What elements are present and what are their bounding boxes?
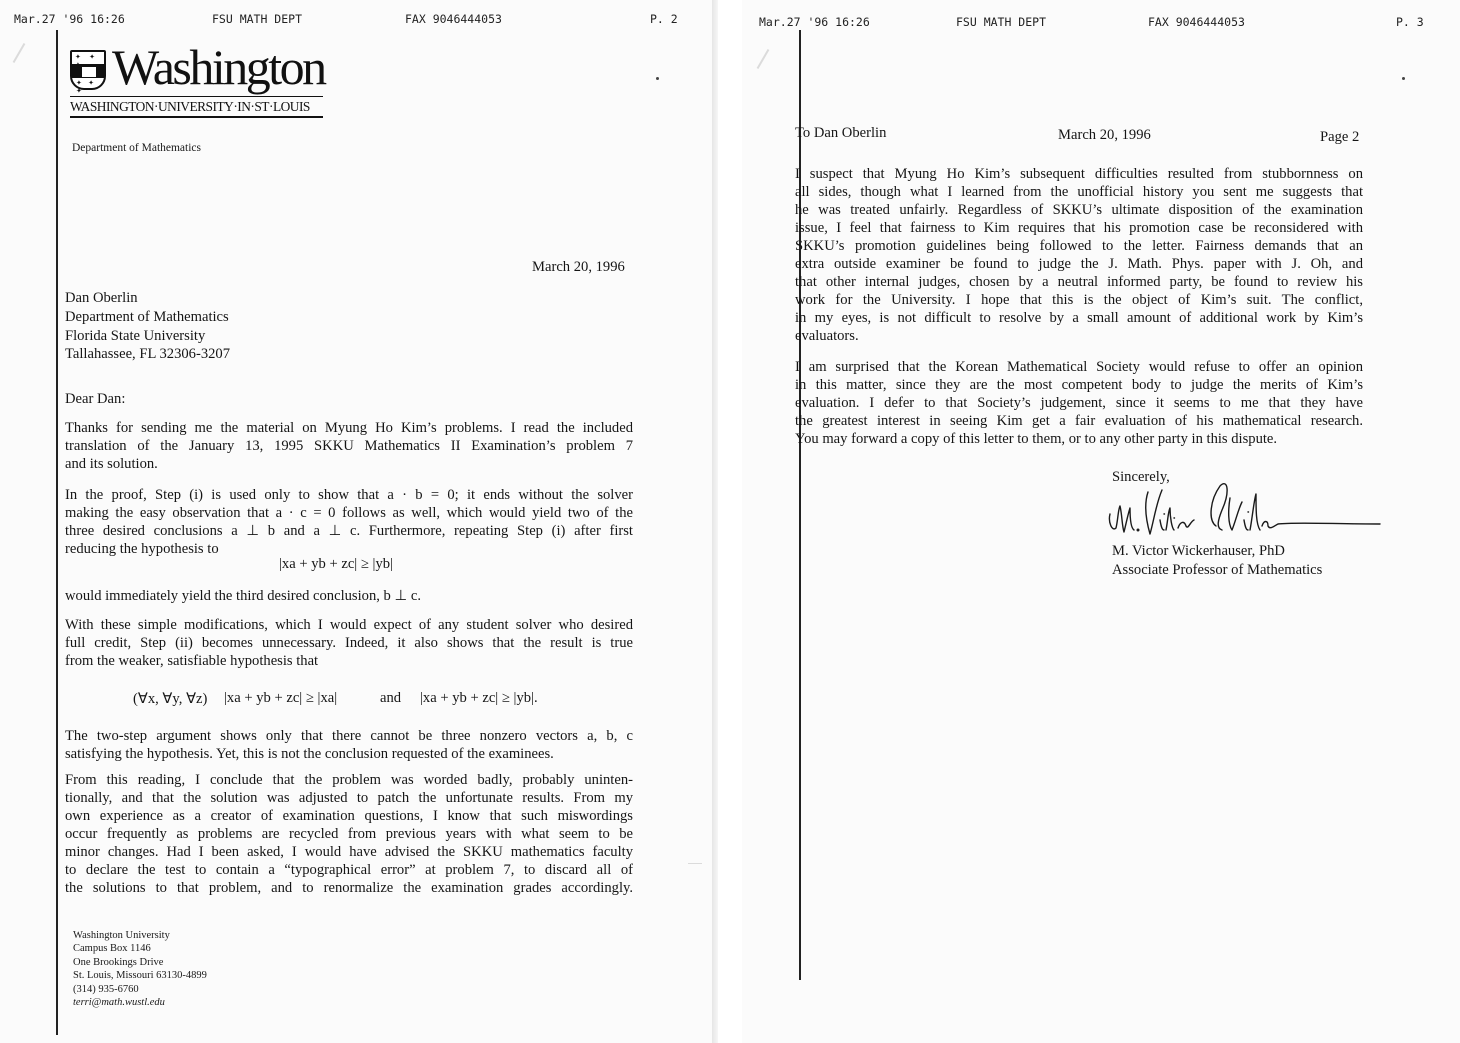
- page-gutter: [712, 0, 718, 1043]
- letter-date: March 20, 1996: [532, 258, 625, 276]
- paragraph-line: extra outside examiner be found to judge…: [795, 255, 1363, 273]
- fax-datetime: Mar.27 '96 16:26: [14, 12, 125, 26]
- paragraph-line: SKKU’s promotion guidelines being follow…: [795, 237, 1363, 255]
- signer-name: M. Victor Wickerhauser, PhD: [1112, 542, 1285, 560]
- paragraph-line: to declare the test to contain a “typogr…: [65, 861, 633, 879]
- fax-speck: [656, 77, 659, 80]
- paragraph: The two-step argument shows only that th…: [65, 727, 633, 763]
- paragraph-line: the greatest interest in seeing Kim get …: [795, 412, 1363, 430]
- paragraph-line: I suspect that Myung Ho Kim’s subsequent…: [795, 165, 1363, 183]
- logo-subline: WASHINGTON·UNIVERSITY·IN·ST·LOUIS: [70, 96, 323, 115]
- paragraph-line: full credit, Step (ii) becomes unnecessa…: [65, 634, 633, 652]
- paragraph-line: You may forward a copy of this letter to…: [795, 430, 1363, 448]
- paragraph-line: minor changes. Had I been asked, I would…: [65, 843, 633, 861]
- paragraph-line: making the easy observation that a · c =…: [65, 504, 633, 522]
- paragraph-line: own experience as a creator of examinati…: [65, 807, 633, 825]
- university-logo: ✦ ✦ ✦ ✦ ✦ ✦ Washington WASHINGTON·UNIVER…: [70, 44, 325, 116]
- paragraph-line: work for the University. I hope that thi…: [795, 291, 1363, 309]
- fax-smudge: [688, 863, 702, 864]
- paragraph-line: Thanks for sending me the material on My…: [65, 419, 633, 437]
- fax-sender: FSU MATH DEPT: [212, 12, 302, 26]
- logo-wordmark: Washington: [112, 38, 325, 96]
- paragraph-line: all sides, though what I learned from th…: [795, 183, 1363, 201]
- department-name: Department of Mathematics: [72, 142, 201, 155]
- address-line: Washington University: [73, 929, 207, 942]
- recipient-line: Florida State University: [65, 327, 205, 345]
- paragraph: I suspect that Myung Ho Kim’s subsequent…: [795, 165, 1363, 345]
- paragraph-line: The two-step argument shows only that th…: [65, 727, 633, 745]
- paragraph-line: I am surprised that the Korean Mathemati…: [795, 358, 1363, 376]
- paragraph-line: in this matter, since they are the most …: [795, 376, 1363, 394]
- paragraph-line: he was treated unfairly. Regardless of S…: [795, 201, 1363, 219]
- equation-quantifiers: (∀x, ∀y, ∀z): [133, 690, 207, 708]
- shield-stars: ✦ ✦ ✦: [76, 79, 104, 95]
- paragraph: From this reading, I conclude that the p…: [65, 771, 633, 897]
- equation-left: |xa + yb + zc| ≥ |xa|: [224, 690, 337, 707]
- paragraph-line: three desired conclusions a ⊥ b and a ⊥ …: [65, 522, 633, 540]
- address-email: terri@math.wustl.edu: [73, 996, 207, 1009]
- fax-speck: [1402, 77, 1405, 80]
- paragraph-line: In the proof, Step (i) is used only to s…: [65, 486, 633, 504]
- footer-address: Washington University Campus Box 1146 On…: [73, 929, 207, 1009]
- book-icon: [81, 66, 97, 78]
- fax-page-number: P. 3: [1396, 15, 1424, 29]
- equation-right: |xa + yb + zc| ≥ |yb|.: [420, 690, 538, 707]
- address-line: (314) 935-6760: [73, 983, 207, 996]
- address-line: St. Louis, Missouri 63130-4899: [73, 969, 207, 982]
- running-head-recipient: To Dan Oberlin: [795, 124, 886, 142]
- paragraph-line: satisfying the hypothesis. Yet, this is …: [65, 745, 633, 763]
- fax-header: Mar.27 '96 16:26 FSU MATH DEPT FAX 90464…: [0, 12, 712, 30]
- paragraph-line: tionally, and that the solution was adju…: [65, 789, 633, 807]
- paragraph-line: from the weaker, satisfiable hypothesis …: [65, 652, 633, 670]
- paragraph-line: With these simple modifications, which I…: [65, 616, 633, 634]
- paragraph-line: evaluators.: [795, 327, 1363, 345]
- paragraph-line: evaluation. I defer to that Society’s ju…: [795, 394, 1363, 412]
- equation: |xa + yb + zc| ≥ |yb|: [279, 556, 393, 573]
- salutation: Dear Dan:: [65, 390, 125, 408]
- paragraph: In the proof, Step (i) is used only to s…: [65, 486, 633, 558]
- fax-number: FAX 9046444053: [405, 12, 502, 26]
- recipient-line: Dan Oberlin: [65, 289, 138, 307]
- fax-page-1: Mar.27 '96 16:26 FSU MATH DEPT FAX 90464…: [0, 0, 712, 1043]
- address-line: Campus Box 1146: [73, 942, 207, 955]
- fax-sender: FSU MATH DEPT: [956, 15, 1046, 29]
- paragraph-line: in my eyes, is not difficult to resolve …: [795, 309, 1363, 327]
- signer-title: Associate Professor of Mathematics: [1112, 561, 1322, 579]
- paragraph-line: would immediately yield the third desire…: [65, 587, 633, 605]
- logo-underline: [70, 116, 323, 118]
- fax-smudge: [13, 43, 26, 63]
- recipient-line: Department of Mathematics: [65, 308, 229, 326]
- paragraph-line: occur frequently as problems are recycle…: [65, 825, 633, 843]
- shield-icon: ✦ ✦ ✦ ✦ ✦ ✦: [70, 50, 106, 90]
- paragraph-line: translation of the January 13, 1995 SKKU…: [65, 437, 633, 455]
- fax-smudge: [757, 49, 770, 69]
- paragraph-line: the solutions to that problem, and to re…: [65, 879, 633, 897]
- paragraph: I am surprised that the Korean Mathemati…: [795, 358, 1363, 448]
- paragraph: would immediately yield the third desire…: [65, 587, 633, 605]
- running-head-date: March 20, 1996: [1058, 126, 1151, 144]
- equation-connector: and: [380, 690, 401, 707]
- paragraph: Thanks for sending me the material on My…: [65, 419, 633, 473]
- left-margin-rule: [56, 30, 58, 1035]
- fax-datetime: Mar.27 '96 16:26: [759, 15, 870, 29]
- fax-page-number: P. 2: [650, 12, 678, 26]
- address-line: One Brookings Drive: [73, 956, 207, 969]
- paragraph-line: that other internal judges, chosen by a …: [795, 273, 1363, 291]
- paragraph-line: and its solution.: [65, 455, 633, 473]
- fax-header: Mar.27 '96 16:26 FSU MATH DEPT FAX 90464…: [742, 15, 1460, 33]
- paragraph-line: issue, I feel that fairness to Kim requi…: [795, 219, 1363, 237]
- recipient-line: Tallahassee, FL 32306-3207: [65, 345, 230, 363]
- paragraph: With these simple modifications, which I…: [65, 616, 633, 670]
- running-head-page: Page 2: [1320, 128, 1359, 146]
- fax-number: FAX 9046444053: [1148, 15, 1245, 29]
- paragraph-line: From this reading, I conclude that the p…: [65, 771, 633, 789]
- handwritten-signature: [1104, 480, 1384, 542]
